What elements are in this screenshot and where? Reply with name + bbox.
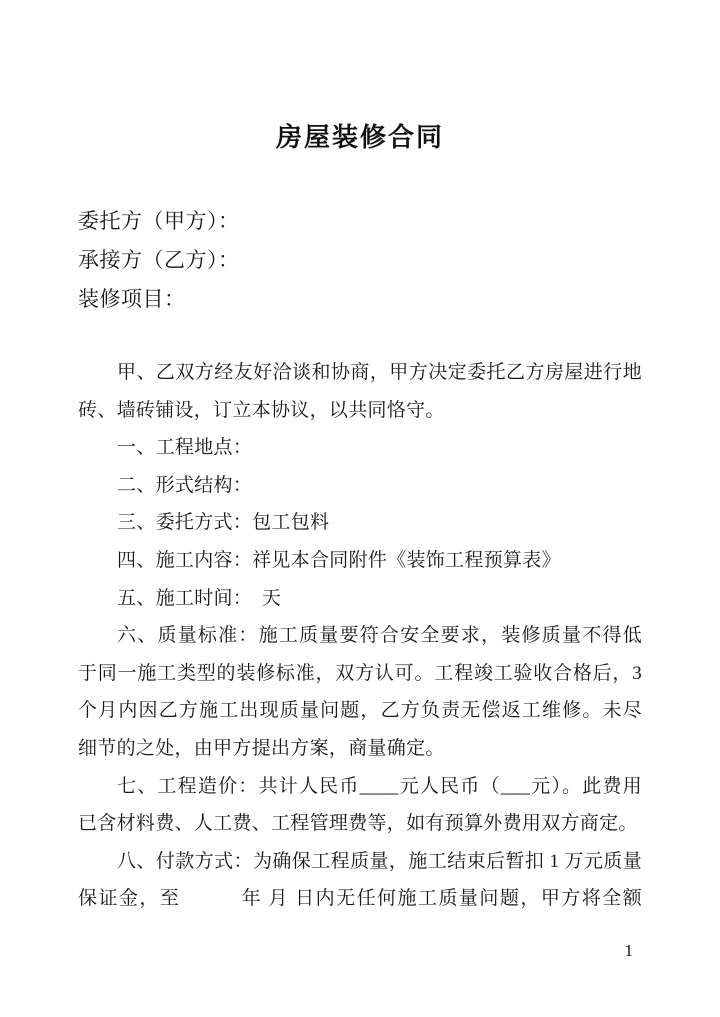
party-b-line: 承接方（乙方）：	[78, 241, 642, 280]
clause-6-quality-line-3: 个月内因乙方施工出现质量问题，乙方负责无偿返工维修。未尽	[78, 692, 642, 730]
party-a-line: 委托方（甲方）：	[78, 202, 642, 241]
clause-6-quality-line-4: 细节的之处，由甲方提出方案，商量确定。	[78, 730, 642, 768]
clause-5-duration: 五、施工时间： 天	[78, 580, 642, 618]
clause-6-quality-line-2: 于同一施工类型的装修标准，双方认可。工程竣工验收合格后，3	[78, 655, 642, 693]
clause-3-commission-mode: 三、委托方式：包工包料	[78, 504, 642, 542]
clause-8-payment-line-1: 八、付款方式：为确保工程质量，施工结束后暂扣 1 万元质量	[78, 843, 642, 881]
preamble-line-2: 砖、墙砖铺设，订立本协议，以共同恪守。	[78, 392, 642, 430]
document-title: 房屋装修合同	[0, 0, 720, 160]
clause-1-location: 一、工程地点：	[78, 429, 642, 467]
clause-7-price-line-1: 七、工程造价：共计人民币____元人民币（___元）。此费用	[78, 768, 642, 806]
party-block: 委托方（甲方）： 承接方（乙方）： 装修项目：	[78, 202, 642, 319]
clause-8-payment-line-2: 保证金，至 年 月 日内无任何施工质量问题，甲方将全额	[78, 880, 642, 918]
clause-4-work-content: 四、施工内容：祥见本合同附件《装饰工程预算表》	[78, 542, 642, 580]
contract-body: 甲、乙双方经友好洽谈和协商，甲方决定委托乙方房屋进行地 砖、墙砖铺设，订立本协议…	[78, 354, 642, 918]
clause-2-structure: 二、形式结构：	[78, 467, 642, 505]
preamble-line-1: 甲、乙双方经友好洽谈和协商，甲方决定委托乙方房屋进行地	[78, 354, 642, 392]
clause-7-price-line-2: 已含材料费、人工费、工程管理费等，如有预算外费用双方商定。	[78, 805, 642, 843]
page-number: 1	[625, 941, 634, 961]
clause-6-quality-line-1: 六、质量标准：施工质量要符合安全要求，装修质量不得低	[78, 617, 642, 655]
project-line: 装修项目：	[78, 280, 642, 319]
contract-page: 房屋装修合同 委托方（甲方）： 承接方（乙方）： 装修项目： 甲、乙双方经友好洽…	[0, 0, 720, 1017]
